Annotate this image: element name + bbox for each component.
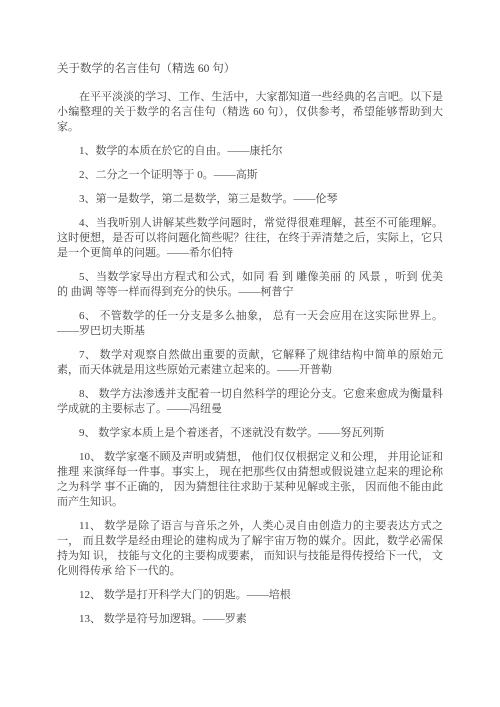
quote-item-1: 1、数学的本质在於它的自由。——康托尔 [57,144,443,159]
document-page: 关于数学的名言佳句（精选 60 句） 在平平淡淡的学习、工作、生活中，大家都知道… [0,0,500,707]
quote-item-8: 8、 数学方法渗透并支配着一切自然科学的理论分支。它愈来愈成为衡量科学成就的主要… [57,387,443,417]
quote-item-7: 7、 数学对观察自然做出重要的贡献，它解释了规律结构中简单的原始元素，而天体就是… [57,348,443,378]
quote-item-2: 2、二分之一个证明等于 0。——高斯 [57,168,443,183]
quote-item-11: 11、 数学是除了语言与音乐之外，人类心灵自由创造力的主要表达方式之一， 而且数… [57,519,443,579]
quote-item-3: 3、第一是数学，第二是数学，第三是数学。——伦琴 [57,192,443,207]
quote-item-13: 13、 数学是符号加逻辑。——罗素 [57,612,443,627]
quote-item-6: 6、 不管数学的任一分支是多么抽象， 总有一天会应用在这实际世界上。——罗巴切夫… [57,309,443,339]
quote-item-5: 5、当数学家导出方程式和公式，如同 看 到 雕像美丽 的 风景 ，听到 优美 的… [57,270,443,300]
document-title: 关于数学的名言佳句（精选 60 句） [57,62,443,77]
quote-item-12: 12、 数学是打开科学大门的钥匙。——培根 [57,588,443,603]
quote-item-9: 9、 数学家本质上是个着迷者，不迷就没有数学。——努瓦列斯 [57,426,443,441]
quote-item-10: 10、 数学家毫不顾及声明或猜想， 他们仅仅根据定义和公理， 并用论证和推理 来… [57,450,443,510]
intro-paragraph: 在平平淡淡的学习、工作、生活中，大家都知道一些经典的名言吧。以下是小编整理的关于… [57,90,443,135]
quote-item-4: 4、当我听别人讲解某些数学问题时，常觉得很难理解，甚至不可能理解。这时便想，是否… [57,216,443,261]
